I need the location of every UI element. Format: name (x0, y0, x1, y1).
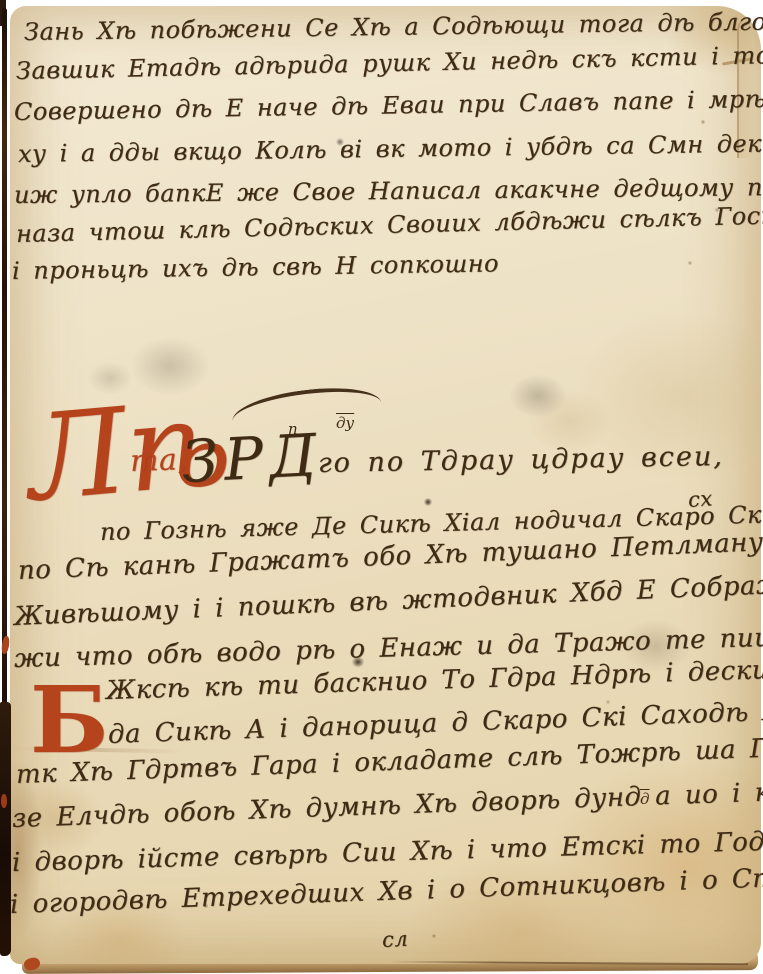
rubric-initial-suffix: та, (129, 442, 188, 479)
superscript-letter: д (640, 790, 650, 808)
binding-edge-lower (0, 702, 11, 956)
superscript-letter: ду (336, 414, 354, 432)
binding-red-fleck (1, 794, 7, 808)
binding-edge (2, 8, 7, 708)
year-numerals: ЗРД (180, 421, 324, 496)
quire-catchword: сл (381, 927, 408, 952)
superscript-letter: п (288, 420, 298, 438)
manuscript-photo: Зань Хѣ побѣжени Се Хѣ а Содѣющи тога дѣ… (0, 0, 763, 974)
